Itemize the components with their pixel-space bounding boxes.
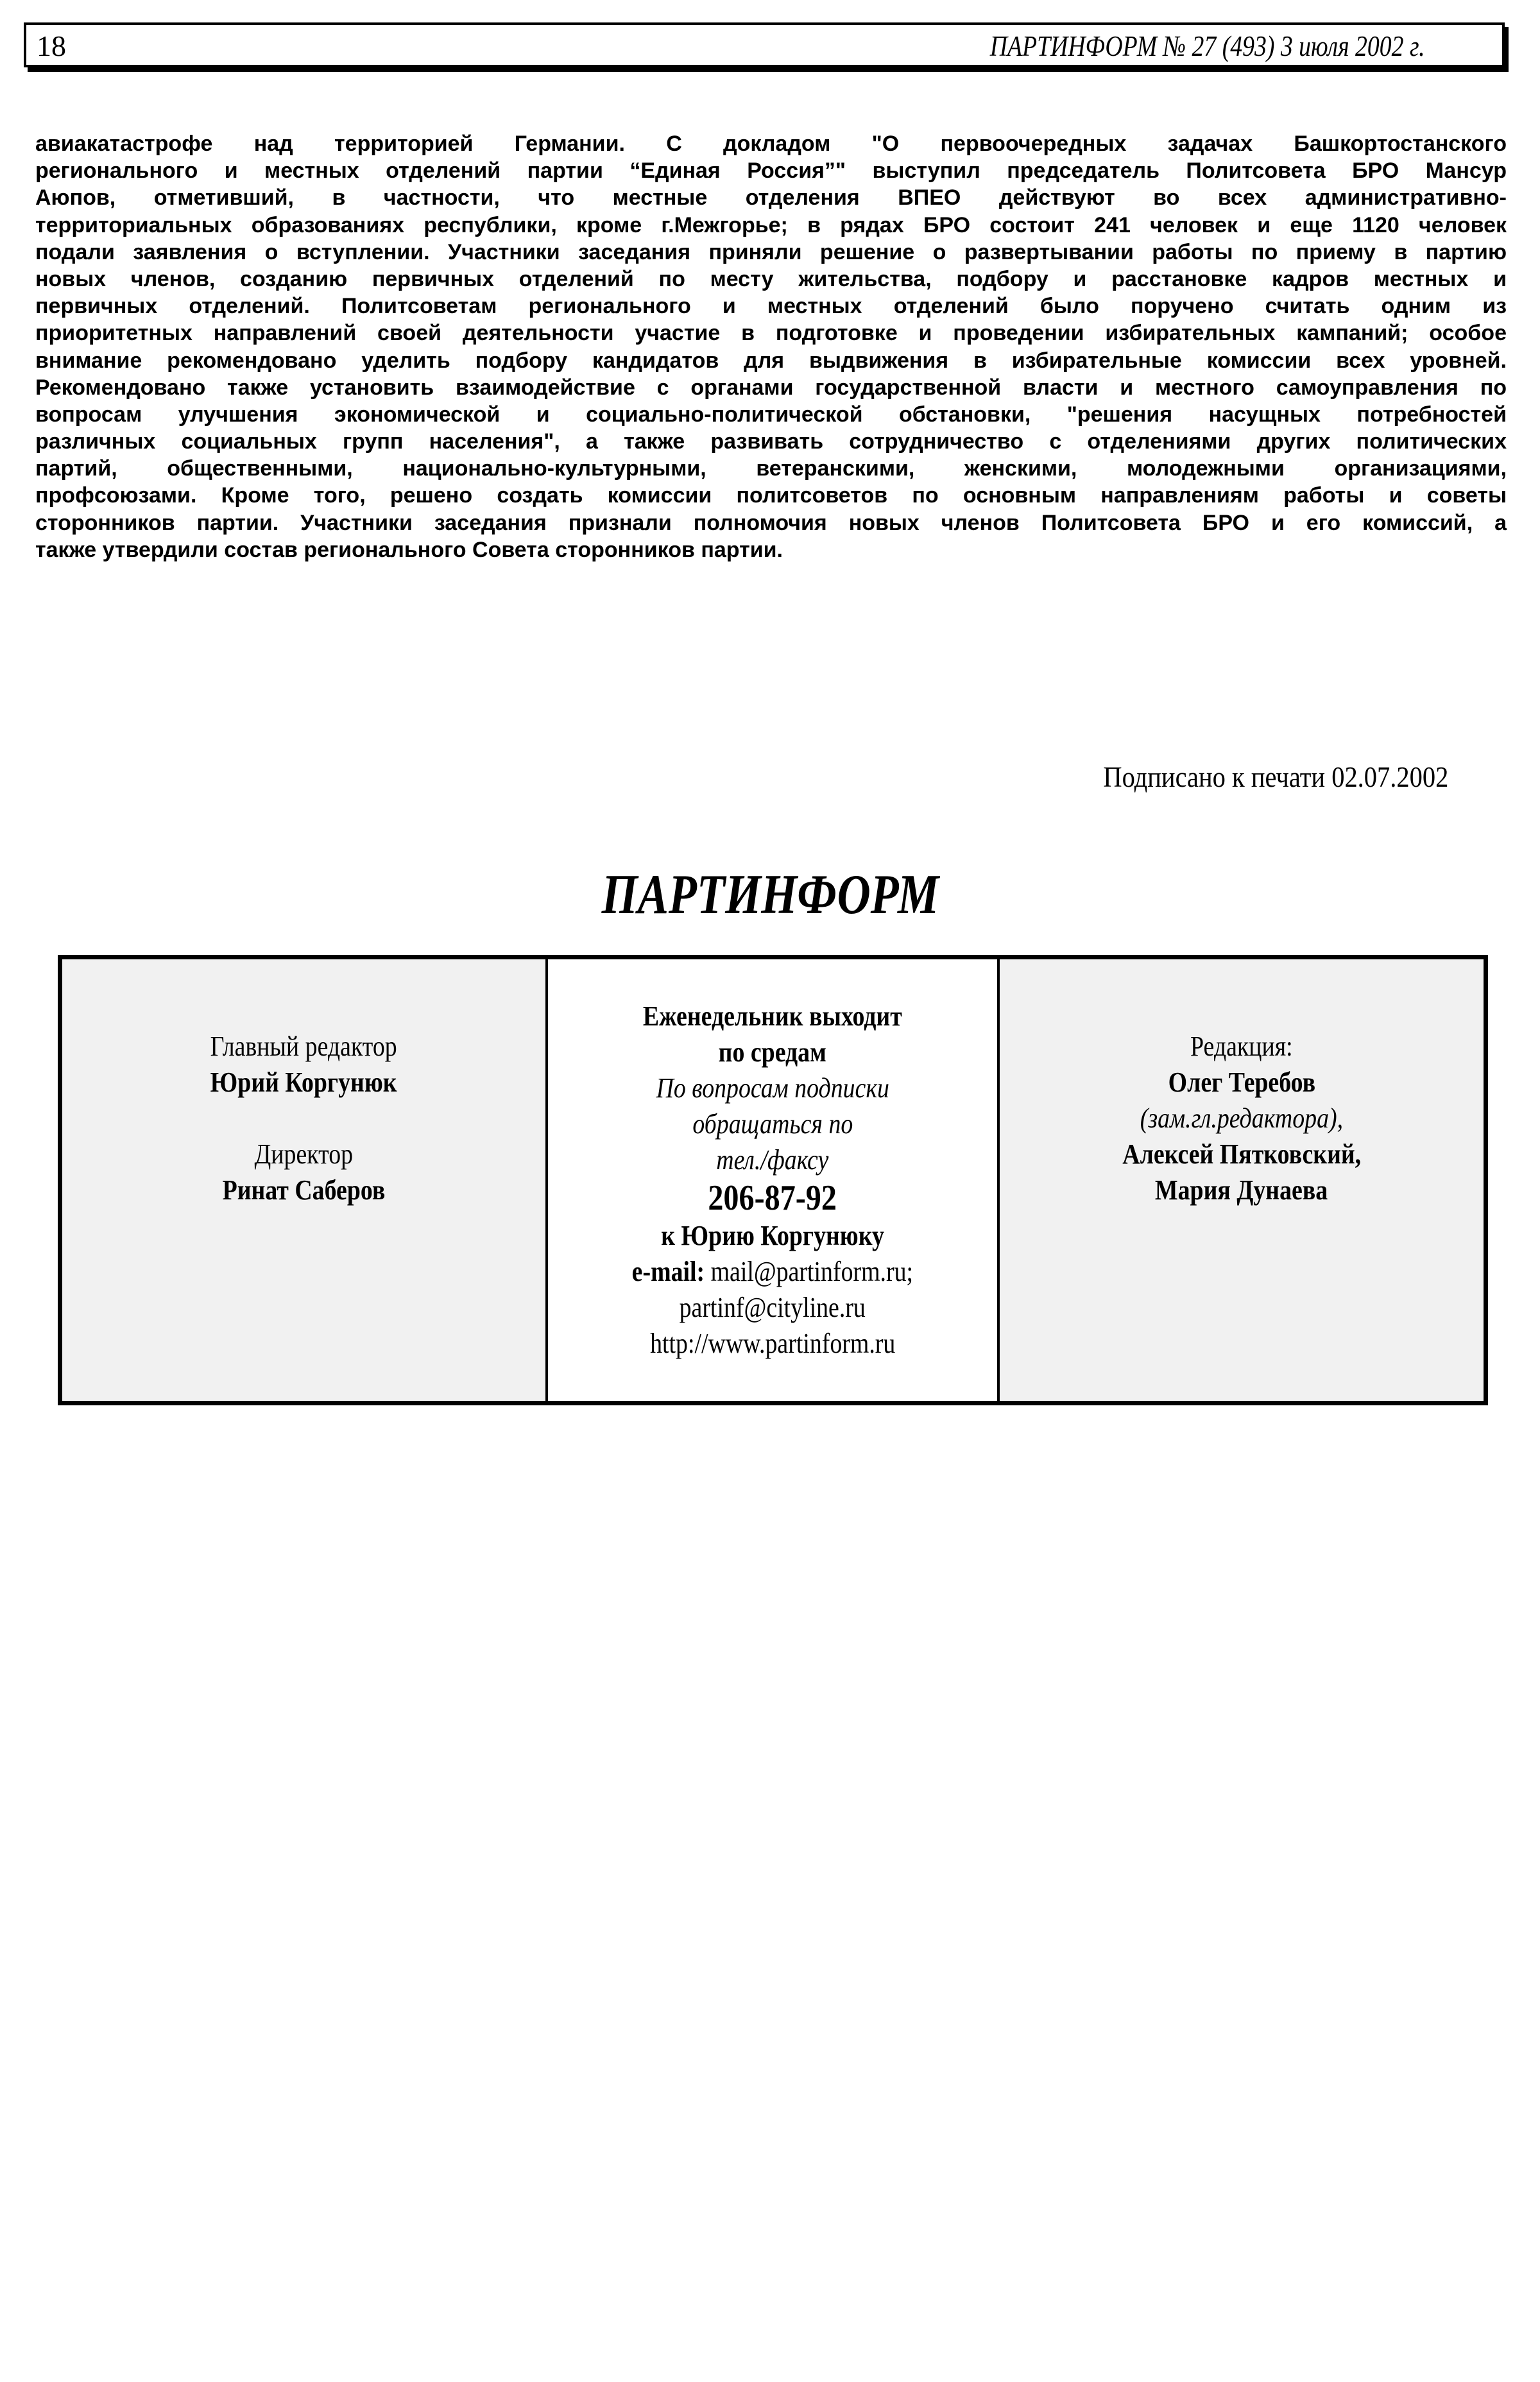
editor-role-1: (зам.гл.редактора),: [1140, 1101, 1343, 1136]
article-line: подали заявления о вступлении. Участники…: [35, 239, 1507, 266]
article-line: новых членов, созданию первичных отделен…: [35, 266, 1507, 293]
article-line: различных социальных групп населения", а…: [35, 428, 1507, 455]
running-header: 18 ПАРТИНФОРМ № 27 (493) 3 июля 2002 г.: [24, 22, 1505, 67]
article-line: Аюпов, отметивший, в частности, что мест…: [35, 184, 1507, 211]
director-label: Директор: [255, 1136, 354, 1172]
article-line: регионального и местных отделений партии…: [35, 157, 1507, 184]
article-line: авиакатастрофе над территорией Германии.…: [35, 130, 1507, 157]
contact-person: к Юрию Коргунюку: [661, 1218, 884, 1254]
email-label: e-mail:: [632, 1256, 705, 1287]
chief-editor-name: Юрий Коргунюк: [210, 1065, 397, 1101]
masthead-title: ПАРТИНФОРМ: [0, 866, 1540, 924]
article-line: первичных отделений. Политсоветам регион…: [35, 293, 1507, 320]
editorial-label: Редакция:: [1190, 1029, 1293, 1065]
phone-number: 206-87-92: [708, 1178, 837, 1218]
email-link-2[interactable]: partinf@cityline.ru: [680, 1290, 866, 1326]
article-line: территориальных образованиях республики,…: [35, 212, 1507, 239]
imprint-column-contacts: Еженедельник выходит по средам По вопрос…: [548, 959, 1000, 1401]
page-number: 18: [37, 30, 66, 62]
article-line: сторонников партии. Участники заседания …: [35, 510, 1507, 536]
masthead-title-text: ПАРТИНФОРМ: [601, 866, 938, 924]
imprint-column-editorial: Редакция: Олег Теребов (зам.гл.редактора…: [1000, 959, 1484, 1401]
weekly-schedule-line2: по средам: [719, 1034, 826, 1070]
article-line: профсоюзами. Кроме того, решено создать …: [35, 482, 1507, 509]
website-link[interactable]: http://www.partinform.ru: [650, 1326, 895, 1362]
article-line: партий, общественными, национально-культ…: [35, 455, 1507, 482]
editor-name-3: Мария Дунаева: [1155, 1172, 1328, 1208]
article-line: вопросам улучшения экономической и социа…: [35, 401, 1507, 428]
director-name: Ринат Саберов: [223, 1172, 386, 1208]
article-line: также утвердили состав регионального Сов…: [35, 536, 1507, 563]
email-link-1[interactable]: mail@partinform.ru;: [711, 1256, 913, 1287]
subscription-line3: тел./факсу: [716, 1142, 828, 1178]
email-line: e-mail: mail@partinform.ru;: [632, 1254, 913, 1290]
weekly-schedule-line1: Еженедельник выходит: [643, 998, 902, 1034]
issue-info: ПАРТИНФОРМ № 27 (493) 3 июля 2002 г.: [990, 30, 1425, 62]
subscription-line2: обращаться по: [692, 1106, 853, 1142]
article-line: приоритетных направлений своей деятельно…: [35, 320, 1507, 347]
imprint-table: Главный редактор Юрий Коргунюк Директор …: [58, 955, 1488, 1405]
article-line: Рекомендовано также установить взаимодей…: [35, 374, 1507, 401]
chief-editor-label: Главный редактор: [210, 1029, 397, 1065]
article-body: авиакатастрофе над территорией Германии.…: [35, 130, 1507, 563]
imprint-column-editors: Главный редактор Юрий Коргунюк Директор …: [62, 959, 548, 1401]
signed-to-print: Подписано к печати 02.07.2002: [1103, 761, 1448, 793]
editor-name-1: Олег Теребов: [1168, 1065, 1315, 1101]
editor-name-2: Алексей Пятковский,: [1122, 1136, 1361, 1172]
article-line: внимание рекомендовано уделить подбору к…: [35, 347, 1507, 374]
subscription-line1: По вопросам подписки: [656, 1070, 889, 1106]
